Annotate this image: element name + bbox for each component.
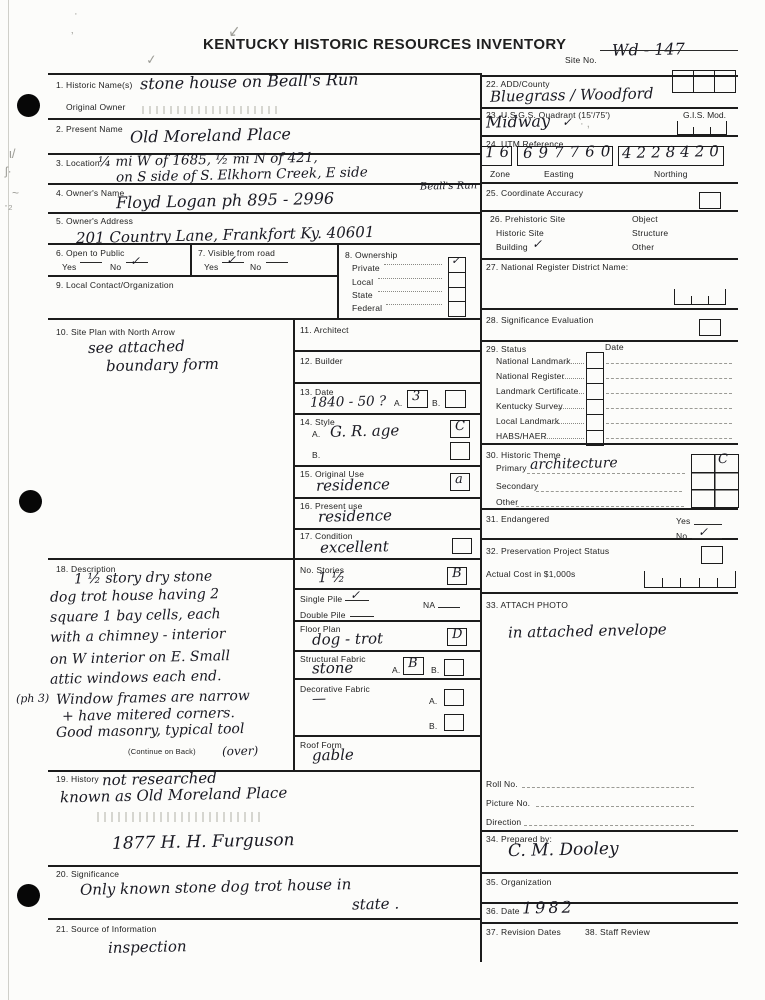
site-type-item: Object: [632, 214, 658, 224]
site-plan-line2: boundary form: [106, 355, 219, 375]
form-title: KENTUCKY HISTORIC RESOURCES INVENTORY: [203, 36, 566, 53]
ownership-label: 8. Ownership: [345, 250, 397, 260]
structural-a-box-value: B: [408, 656, 418, 671]
utm-northing-label: Northing: [654, 169, 688, 179]
na-label: NA: [423, 600, 435, 610]
preservation-status-box: [701, 546, 723, 564]
single-pile-label: Single Pile: [300, 594, 342, 604]
check-mark: ✓: [451, 254, 460, 267]
actual-cost-boxes: [644, 571, 736, 588]
endangered-yes-label: Yes: [676, 516, 690, 526]
style-a-label: A.: [312, 429, 320, 439]
gis-mod-boxes: [677, 121, 727, 135]
present-use-value: residence: [318, 506, 392, 526]
nr-district-label: 27. National Register District Name:: [486, 262, 628, 272]
status-label: 29. Status: [486, 344, 526, 354]
site-type-item: Building: [496, 242, 528, 252]
style-b-box: [450, 442, 470, 460]
open-no-label: No: [110, 262, 121, 272]
prepared-by-value: C. M. Dooley: [508, 839, 619, 861]
structural-b-label: B.: [431, 665, 439, 675]
nr-district-boxes: [674, 289, 726, 305]
roll-no-label: Roll No.: [486, 779, 518, 789]
structural-fabric-value: stone: [312, 659, 354, 678]
status-date-label: Date: [605, 342, 624, 352]
pencil-scribble: ·₂: [4, 198, 13, 212]
visible-from-road-label: 7. Visible from road: [198, 248, 275, 258]
history-label: 19. History: [56, 774, 99, 784]
floor-plan-box-value: D: [452, 627, 463, 642]
continue-on-back-note: (Continue on Back): [128, 747, 196, 756]
significance-eval-label: 28. Significance Evaluation: [486, 315, 593, 325]
description-line: with a chimney - interior: [50, 626, 226, 646]
date36-label: 36. Date: [486, 906, 520, 916]
description-line: Good masonry, typical tool: [56, 721, 245, 741]
significance-line2: state .: [352, 895, 399, 914]
description-line: 1 ½ story dry stone: [74, 569, 213, 588]
status-item: Kentucky Survey: [496, 401, 563, 411]
date-value: 1840 - 50 ?: [310, 393, 387, 411]
pencil-scribble: ~: [12, 186, 19, 200]
pencil-scribble: ʃ·: [5, 164, 12, 178]
add-county-value: Bluegrass / Woodford: [490, 84, 654, 105]
pencil-mark: ‚: [71, 24, 73, 36]
check-mark: ✓: [562, 115, 572, 129]
site-type-item: 26. Prehistoric Site: [490, 214, 565, 224]
check-mark: ✓: [532, 237, 542, 251]
visible-no-label: No: [250, 262, 261, 272]
ownership-item: State: [352, 290, 373, 300]
date-a-box-value: 3: [412, 389, 421, 404]
significance-label: 20. Significance: [56, 869, 119, 879]
original-use-value: residence: [316, 475, 390, 495]
pencil-scribble: ι/: [9, 146, 16, 161]
description-ph-note: (ph 3): [16, 692, 49, 706]
pencil-mark: · ,: [580, 118, 590, 130]
condition-value: excellent: [320, 537, 389, 556]
revision-dates-label: 37. Revision Dates: [486, 927, 561, 937]
utm-zone-value: 16: [485, 143, 514, 162]
theme-secondary-label: Secondary: [496, 481, 538, 491]
decorative-b-label: B.: [429, 721, 437, 731]
present-name-label: 2. Present Name: [56, 124, 123, 134]
ownership-item: Local: [352, 277, 373, 287]
preservation-status-label: 32. Preservation Project Status: [486, 546, 609, 556]
status-item: Local Landmark: [496, 416, 559, 426]
date-b-box: [445, 390, 466, 408]
direction-label: Direction: [486, 817, 521, 827]
significance-line1: Only known stone dog trot house in: [80, 875, 352, 899]
staff-review-label: 38. Staff Review: [585, 927, 650, 937]
status-item: Landmark Certificate: [496, 386, 578, 396]
site-plan-label: 10. Site Plan with North Arrow: [56, 327, 175, 337]
theme-box-value: C: [718, 452, 728, 467]
attach-photo-value: in attached envelope: [508, 620, 667, 641]
open-yes-label: Yes: [62, 262, 76, 272]
original-use-box-value: a: [455, 472, 463, 487]
ownership-item: Federal: [352, 303, 382, 313]
style-a-box-value: C: [455, 419, 465, 434]
stories-box-value: B: [452, 566, 462, 581]
usgs-quadrant-value: Midway: [486, 111, 550, 131]
decorative-fabric-value: —: [312, 691, 326, 707]
hole-punch: [17, 884, 40, 907]
over-note: (over): [222, 744, 259, 759]
visible-yes-label: Yes: [204, 262, 218, 272]
decorative-a-label: A.: [429, 696, 437, 706]
check-mark: ✓: [226, 253, 236, 267]
hole-punch: [19, 490, 42, 513]
organization-label: 35. Organization: [486, 877, 552, 887]
add-county-boxes: [672, 70, 736, 93]
site-type-item: Other: [632, 242, 654, 252]
description-line: attic windows each end.: [50, 668, 222, 688]
scanned-form-page: · ‚ ↙ ✓ ι/ ʃ· ~ ·₂ KENTUCKY HISTORIC RES…: [0, 0, 765, 1000]
builder-label: 12. Builder: [300, 356, 343, 366]
pencil-mark: ·: [74, 8, 78, 20]
floor-plan-value: dog - trot: [312, 629, 383, 648]
faded-illegible-text: [95, 812, 260, 822]
utm-zone-label: Zone: [490, 169, 510, 179]
roof-form-value: gable: [312, 746, 354, 765]
ownership-item: Private: [352, 263, 380, 273]
picture-no-label: Picture No.: [486, 798, 530, 808]
utm-easting-label: Easting: [544, 169, 574, 179]
status-item: National Landmark: [496, 356, 571, 366]
gis-mod-label: G.I.S. Mod.: [683, 110, 726, 120]
pencil-check-mark: ✓: [145, 51, 158, 68]
check-mark: ✓: [130, 254, 140, 268]
open-to-public-label: 6. Open to Public: [56, 248, 125, 258]
style-a-value: G. R. age: [330, 421, 400, 440]
decorative-a-box: [444, 689, 464, 706]
present-name-value: Old Moreland Place: [130, 124, 291, 146]
coordinate-accuracy-box: [699, 192, 721, 209]
source-value: inspection: [108, 937, 187, 957]
history-line3: 1877 H. H. Furguson: [112, 830, 295, 854]
original-owner-label: Original Owner: [66, 102, 126, 112]
architect-label: 11. Architect: [300, 325, 349, 335]
date-a-label: A.: [394, 398, 402, 408]
theme-primary-label: Primary: [496, 463, 527, 473]
owner-name-value: Floyd Logan ph 895 - 2996: [116, 189, 334, 213]
location-label: 3. Location: [56, 158, 100, 168]
description-line: square 1 bay cells, each: [50, 606, 221, 626]
historic-name-label: 1. Historic Name(s): [56, 80, 133, 90]
condition-box: [452, 538, 472, 554]
owner-name-label: 4. Owner's Name: [56, 188, 124, 198]
source-label: 21. Source of Information: [56, 924, 156, 934]
decorative-fabric-label: Decorative Fabric: [300, 684, 370, 694]
check-mark: ✓: [698, 525, 708, 539]
owner-name-note: Beall's Run: [420, 180, 477, 192]
coordinate-accuracy-label: 25. Coordinate Accuracy: [486, 188, 583, 198]
utm-northing-value: 4228420: [622, 142, 724, 162]
historic-name-value: stone house on Beall's Run: [140, 70, 359, 94]
check-mark: ✓: [350, 588, 360, 602]
theme-primary-value: architecture: [530, 455, 618, 473]
site-type-item: Structure: [632, 228, 668, 238]
site-plan-line1: see attached: [88, 337, 185, 357]
structural-a-label: A.: [392, 665, 400, 675]
double-pile-label: Double Pile: [300, 610, 346, 620]
endangered-no-label: No: [676, 531, 687, 541]
history-line2: known as Old Moreland Place: [60, 784, 288, 807]
status-item: HABS/HAER: [496, 431, 547, 441]
owner-address-label: 5. Owner's Address: [56, 216, 133, 226]
status-checkboxes: [586, 352, 604, 446]
theme-other-label: Other: [496, 497, 518, 507]
faded-illegible-text: [140, 106, 280, 114]
endangered-label: 31. Endangered: [486, 514, 549, 524]
description-line: on W interior on E. Small: [50, 648, 230, 668]
theme-grid: [691, 454, 739, 508]
date36-value: 1982: [522, 897, 575, 917]
date-b-label: B.: [432, 398, 440, 408]
status-item: National Register: [496, 371, 565, 381]
significance-eval-box: [699, 319, 721, 336]
style-b-label: B.: [312, 450, 320, 460]
utm-easting-value: 697760: [523, 142, 617, 162]
site-no-label: Site No.: [565, 55, 597, 65]
actual-cost-label: Actual Cost in $1,000s: [486, 569, 575, 579]
stories-value: 1 ½: [318, 570, 345, 587]
attach-photo-label: 33. ATTACH PHOTO: [486, 600, 568, 610]
local-contact-label: 9. Local Contact/Organization: [56, 280, 174, 290]
decorative-b-box: [444, 714, 464, 731]
hole-punch: [17, 94, 40, 117]
structural-b-box: [444, 659, 464, 676]
description-line: dog trot house having 2: [50, 586, 219, 606]
